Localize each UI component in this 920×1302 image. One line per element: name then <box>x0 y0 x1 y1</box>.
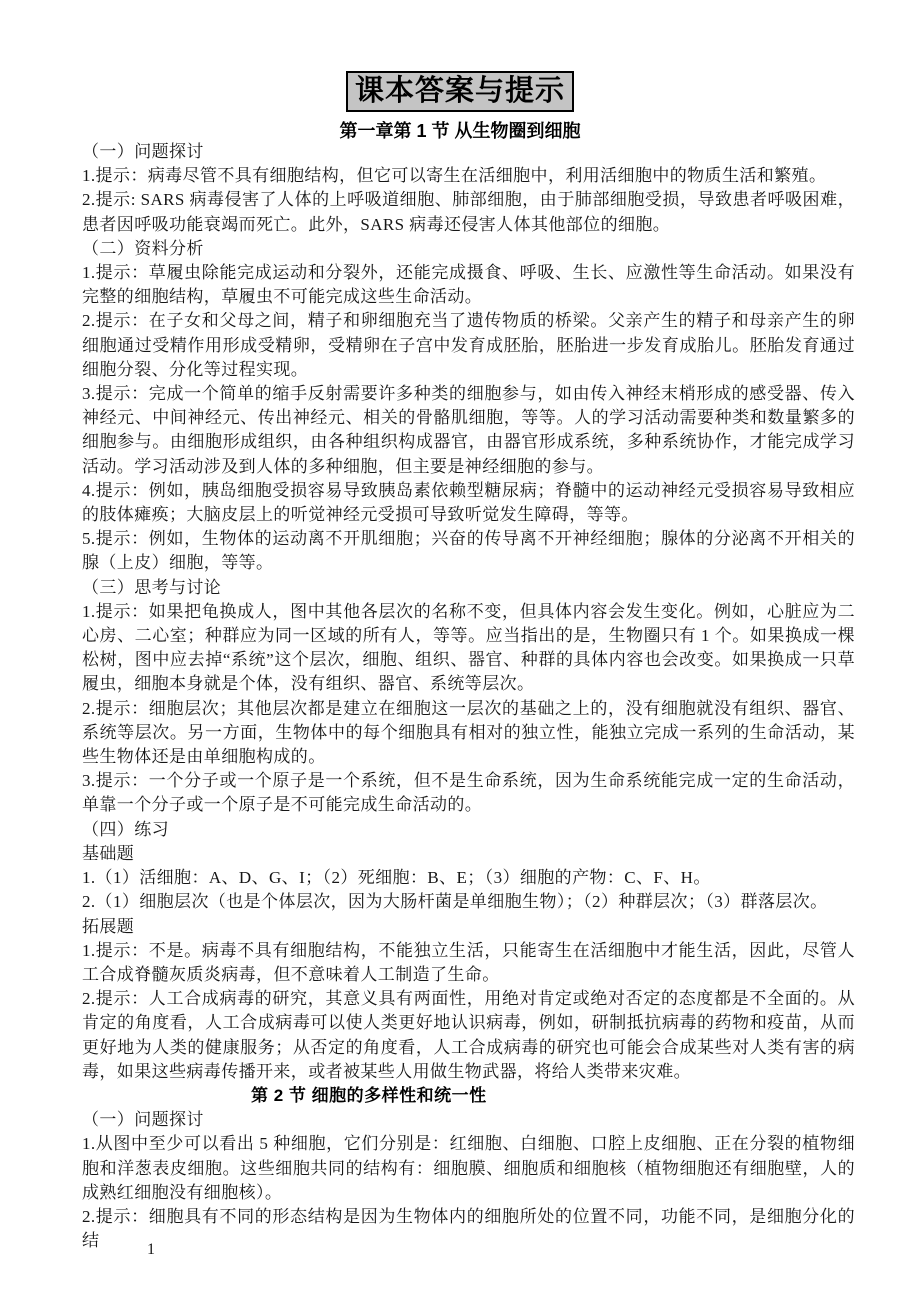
paragraph: 1.提示：病毒尽管不具有细胞结构，但它可以寄生在活细胞中，利用活细胞中的物质生活… <box>82 164 855 188</box>
paragraph: 2.提示：细胞层次；其他层次都是建立在细胞这一层次的基础之上的，没有细胞就没有组… <box>82 697 855 770</box>
paragraph: 2.提示：人工合成病毒的研究，其意义具有两面性，用绝对肯定或绝对否定的态度都是不… <box>82 987 855 1084</box>
paragraph: 1.提示：草履虫除能完成运动和分裂外，还能完成摄食、呼吸、生长、应激性等生命活动… <box>82 261 855 309</box>
title-row: 课本答案与提示 <box>0 71 920 112</box>
paragraph: 3.提示：一个分子或一个原子是一个系统，但不是生命系统，因为生命系统能完成一定的… <box>82 769 855 817</box>
paragraph: 2.提示: SARS 病毒侵害了人体的上呼吸道细胞、肺部细胞，由于肺部细胞受损，… <box>82 188 855 236</box>
section-2-content: （一）问题探讨1.从图中至少可以看出 5 种细胞，它们分别是：红细胞、白细胞、口… <box>82 1108 855 1253</box>
paragraph: （四）练习 <box>82 818 855 842</box>
paragraph: 1.提示：不是。病毒不具有细胞结构，不能独立生活，只能寄生在活细胞中才能生活，因… <box>82 939 855 987</box>
paragraph: 1.（1）活细胞：A、D、G、I；（2）死细胞：B、E；（3）细胞的产物：C、F… <box>82 866 855 890</box>
page-number: 1 <box>147 1241 155 1259</box>
document-page: 课本答案与提示 第一章第 1 节 从生物圈到细胞 （一）问题探讨1.提示：病毒尽… <box>0 0 920 1302</box>
paragraph: 基础题 <box>82 842 855 866</box>
paragraph: 1.提示：如果把龟换成人，图中其他各层次的名称不变，但具体内容会发生变化。例如，… <box>82 600 855 697</box>
paragraph: （三）思考与讨论 <box>82 576 855 600</box>
paragraph: 拓展题 <box>82 915 855 939</box>
paragraph: 2.提示：在子女和父母之间，精子和卵细胞充当了遗传物质的桥梁。父亲产生的精子和母… <box>82 309 855 382</box>
section-2-heading: 第 2 节 细胞的多样性和统一性 <box>82 1084 855 1108</box>
paragraph: 3.提示：完成一个简单的缩手反射需要许多种类的细胞参与，如由传入神经末梢形成的感… <box>82 382 855 479</box>
page-title: 课本答案与提示 <box>346 71 574 112</box>
section-1-content: （一）问题探讨1.提示：病毒尽管不具有细胞结构，但它可以寄生在活细胞中，利用活细… <box>82 140 855 1084</box>
paragraph: （一）问题探讨 <box>82 1108 855 1132</box>
paragraph: 2.（1）细胞层次（也是个体层次，因为大肠杆菌是单细胞生物）；（2）种群层次；（… <box>82 890 855 914</box>
paragraph: 5.提示：例如，生物体的运动离不开肌细胞；兴奋的传导离不开神经细胞；腺体的分泌离… <box>82 527 855 575</box>
paragraph: （二）资料分析 <box>82 237 855 261</box>
paragraph: 4.提示：例如，胰岛细胞受损容易导致胰岛素依赖型糖尿病；脊髓中的运动神经元受损容… <box>82 479 855 527</box>
document-body: （一）问题探讨1.提示：病毒尽管不具有细胞结构，但它可以寄生在活细胞中，利用活细… <box>82 140 855 1253</box>
paragraph: 2.提示：细胞具有不同的形态结构是因为生物体内的细胞所处的位置不同，功能不同，是… <box>82 1205 855 1253</box>
paragraph: （一）问题探讨 <box>82 140 855 164</box>
paragraph: 1.从图中至少可以看出 5 种细胞，它们分别是：红细胞、白细胞、口腔上皮细胞、正… <box>82 1132 855 1205</box>
